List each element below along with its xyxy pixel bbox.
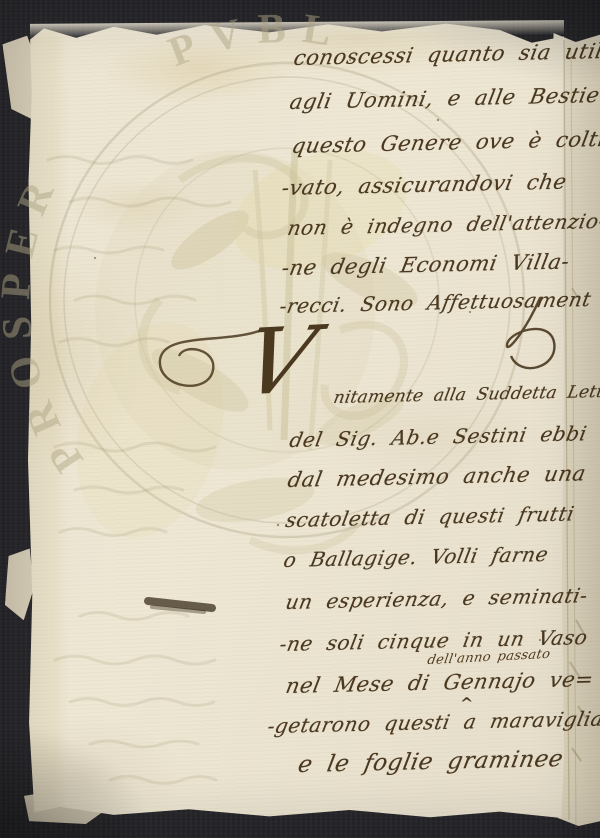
manuscript-line-5: non è indegno dell'attenzio- [286, 211, 600, 238]
manuscript-line-13: un esperienza, e seminati- [284, 585, 590, 612]
manuscript-line-7: -recci. Sono Affettuosament [278, 289, 593, 316]
paper-deckle-flap [4, 547, 36, 620]
manuscript-scan: PROSPER PVBL [0, 0, 600, 838]
manuscript-line-11: scatoletta di questi frutti [284, 503, 576, 530]
insertion-caret: ^ [460, 694, 473, 713]
manuscript-line-12: o Ballagige. Volli farne [282, 544, 550, 570]
manuscript-line-9: del Sig. Ab.e Sestini ebbi [288, 423, 589, 450]
manuscript-line-17: e le foglie graminee [296, 748, 565, 777]
